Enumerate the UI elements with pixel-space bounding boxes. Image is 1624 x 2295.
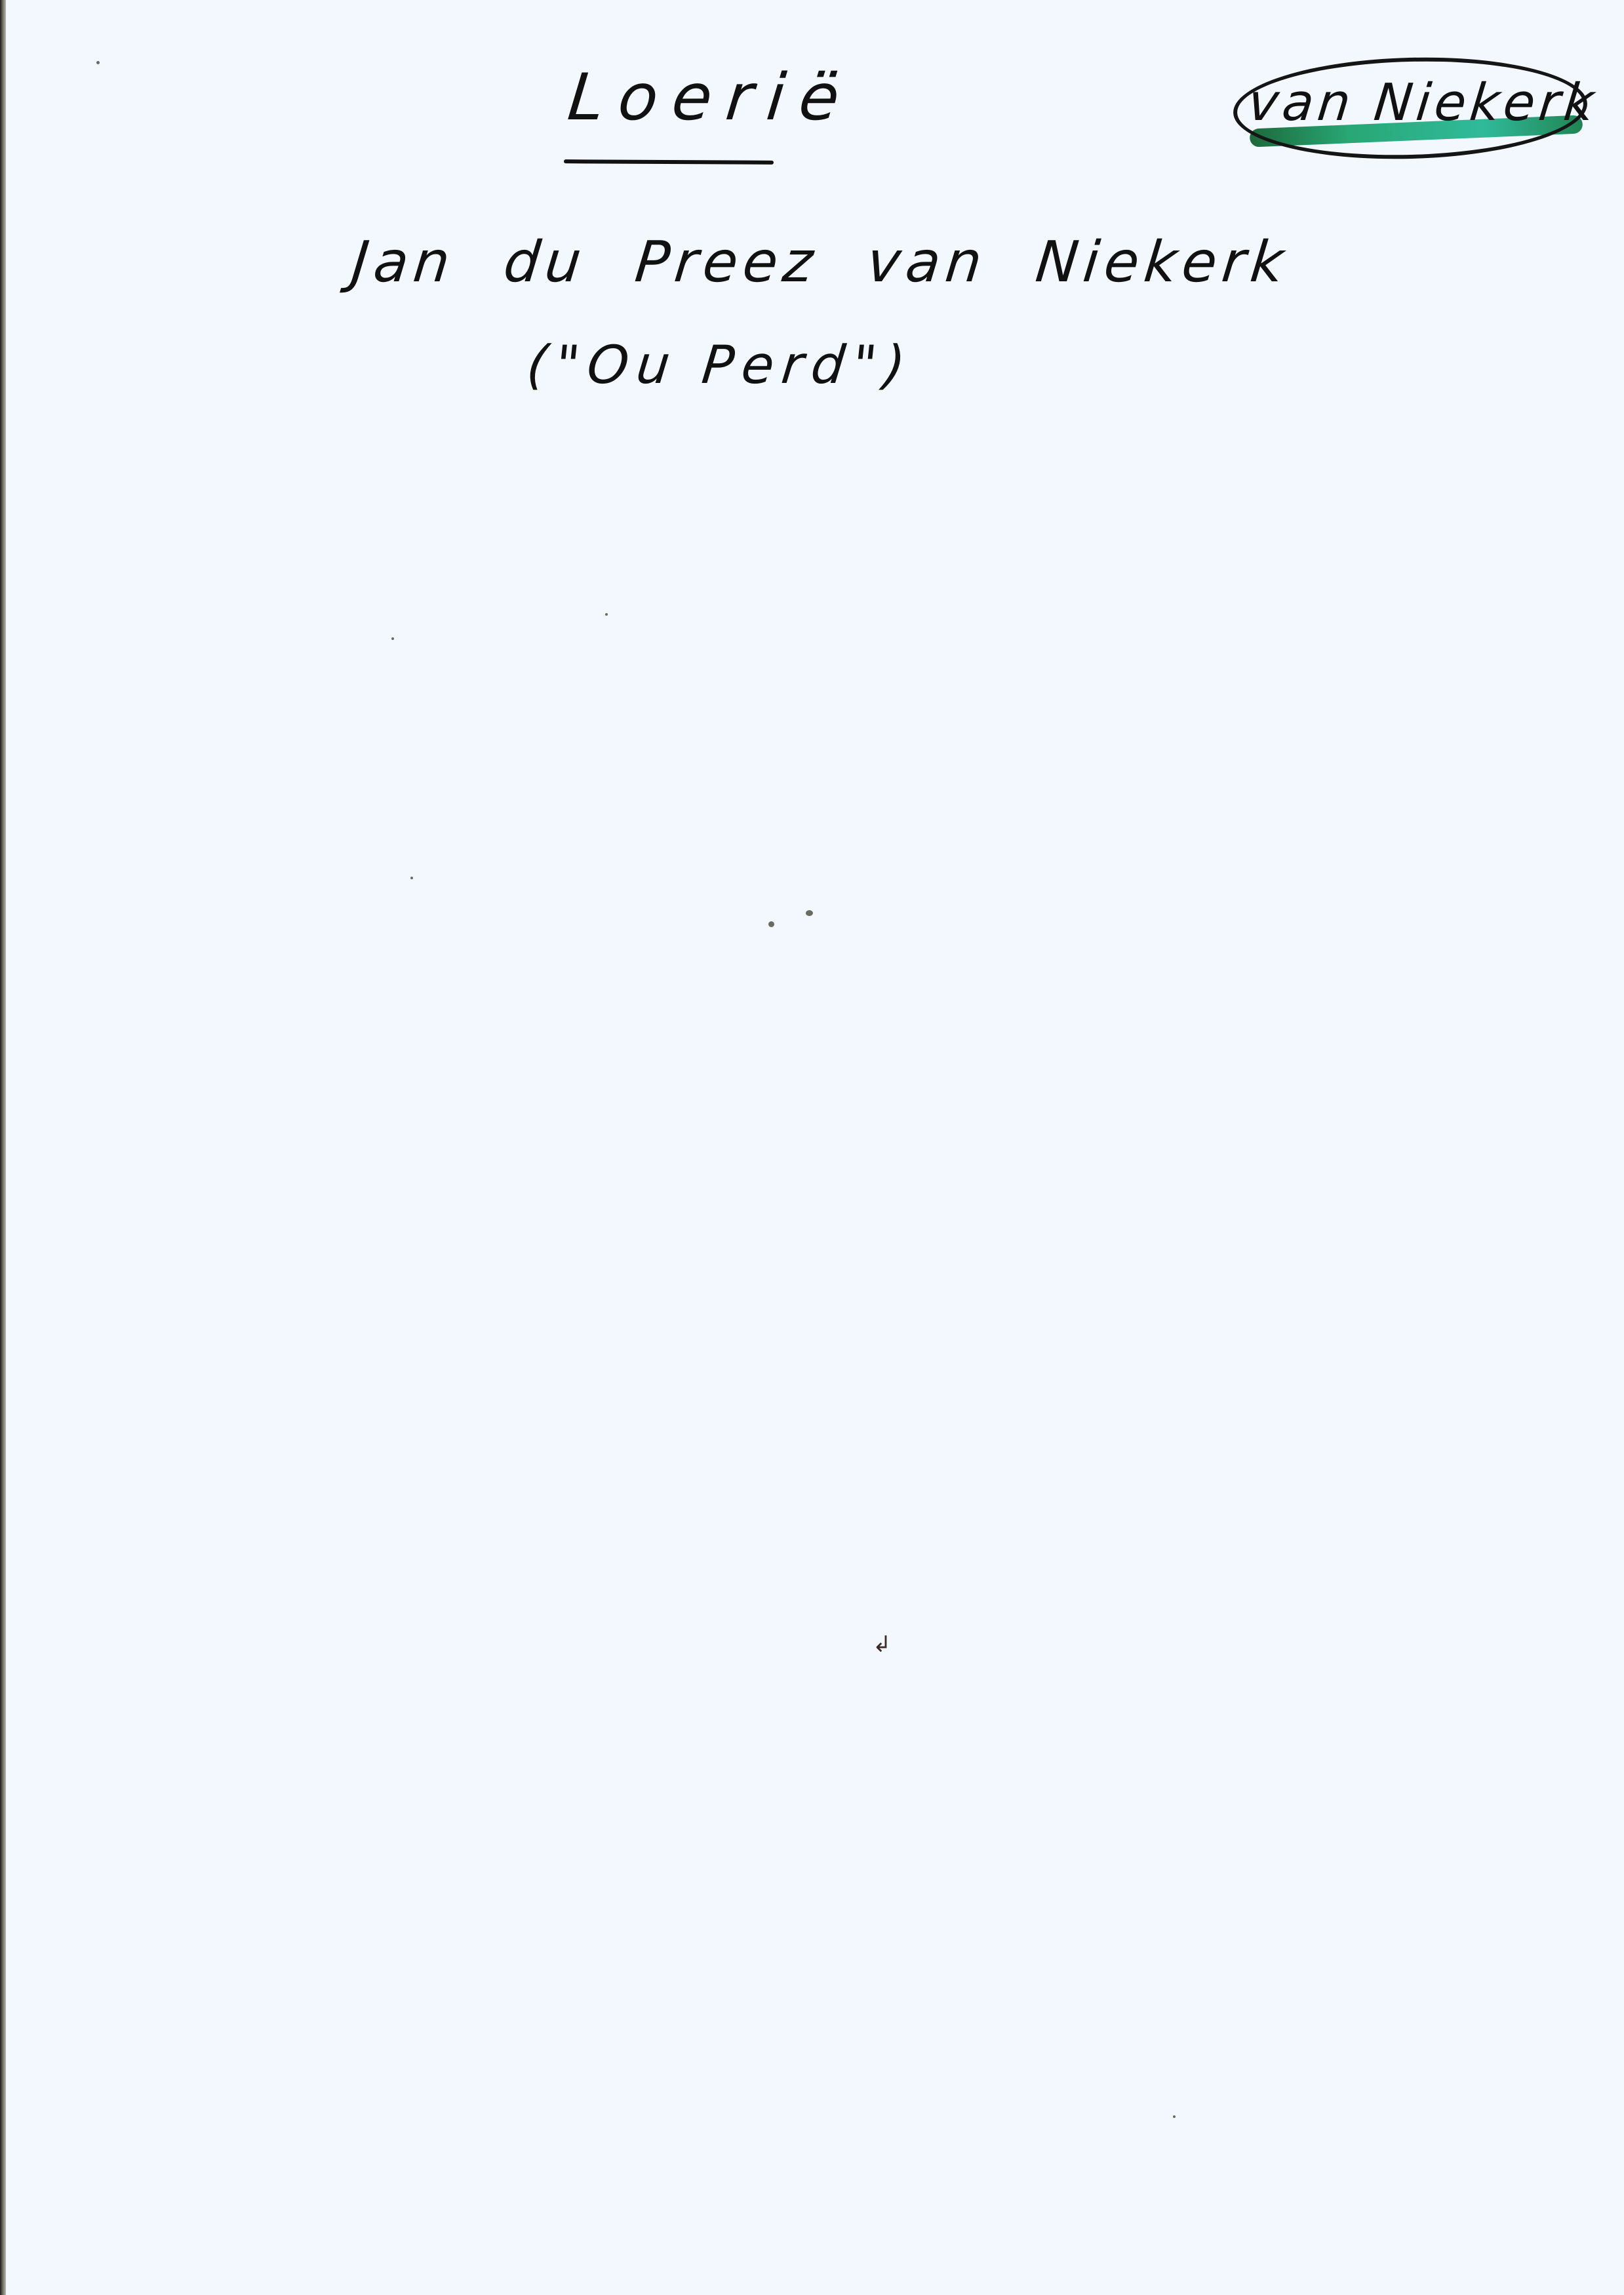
hook-mark: ↲ xyxy=(873,1631,892,1658)
speck-mark xyxy=(605,613,608,616)
speck-mark xyxy=(96,61,100,64)
corner-tag-text: van Niekerk xyxy=(1245,73,1600,132)
speck-mark xyxy=(768,921,774,927)
author-name: Jan du Preez van Niekerk xyxy=(349,229,1292,295)
speck-mark xyxy=(391,637,394,640)
speck-mark xyxy=(410,877,413,879)
speck-mark xyxy=(806,910,813,916)
speck-mark xyxy=(1173,2115,1176,2118)
scan-edge-shadow xyxy=(0,0,6,2295)
document-title: Loerië xyxy=(564,60,858,135)
title-underline xyxy=(564,159,774,165)
author-nickname: ("Ou Perd") xyxy=(524,334,916,395)
scanned-page: Loerië Jan du Preez van Niekerk ("Ou Per… xyxy=(6,0,1624,2295)
